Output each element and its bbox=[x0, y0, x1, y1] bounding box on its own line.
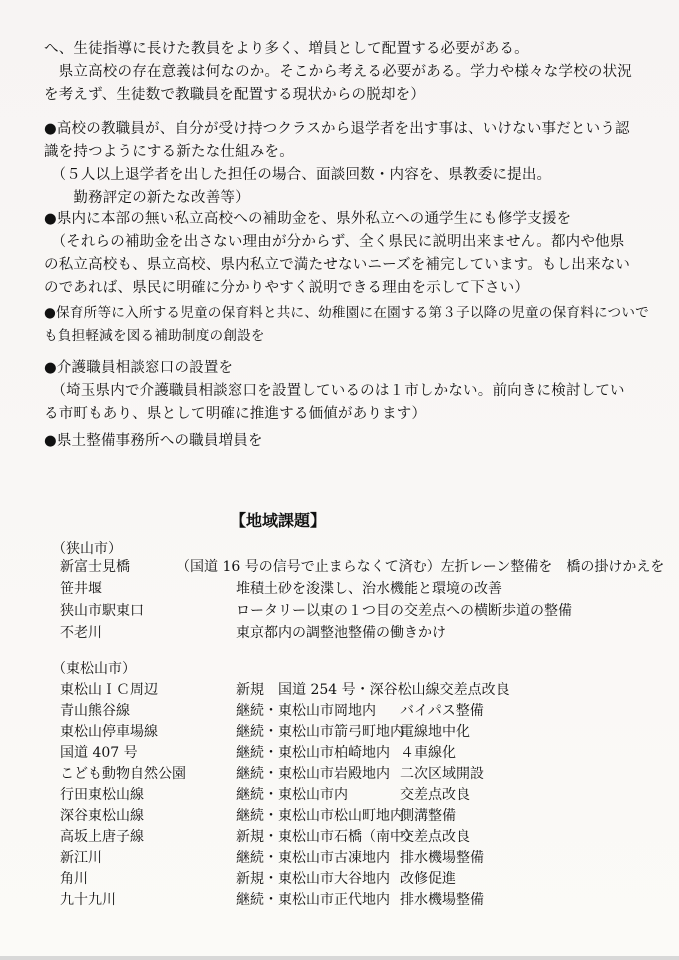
section-title: 【地域課題】 bbox=[230, 508, 326, 531]
project-status: 新規・東松山市石橋（南中） bbox=[236, 826, 418, 848]
project-name: 笹井堰 bbox=[60, 578, 102, 600]
paragraph-staff-increase: ●県土整備事務所への職員増員を bbox=[44, 430, 644, 453]
project-work: 側溝整備 bbox=[400, 805, 456, 827]
text-line: 勤務評定の新たな改善等） bbox=[44, 187, 644, 210]
project-name: 狭山市駅東口 bbox=[60, 600, 144, 622]
project-status: 継続・東松山市岡地内 bbox=[236, 700, 376, 722]
paragraph-teacher-placement: へ、生徒指導に長けた教員をより多く、増員として配置する必要がある。 県立高校の存… bbox=[44, 38, 644, 107]
project-status: 継続・東松山市内 bbox=[236, 784, 348, 806]
project-work: 改修促進 bbox=[400, 868, 456, 890]
text-line: 識を持つようにする新たな仕組みを。 bbox=[44, 141, 644, 164]
project-status: 継続・東松山市箭弓町地内 bbox=[236, 721, 404, 743]
project-name: 新江川 bbox=[60, 847, 102, 869]
text-line: る市町もあり、県として明確に推進する価値があります） bbox=[44, 403, 644, 426]
project-work: 交差点改良 bbox=[400, 784, 470, 806]
project-name: 角川 bbox=[60, 868, 88, 890]
project-status: 継続・東松山市松山町地内 bbox=[236, 805, 404, 827]
text-line: へ、生徒指導に長けた教員をより多く、増員として配置する必要がある。 bbox=[44, 38, 644, 61]
project-work: 交差点改良 bbox=[400, 826, 470, 848]
project-name: 不老川 bbox=[60, 622, 102, 644]
bullet-line: ●県土整備事務所への職員増員を bbox=[44, 430, 644, 453]
project-work: 電線地中化 bbox=[400, 721, 470, 743]
project-status: 継続・東松山市柏崎地内 bbox=[236, 742, 390, 764]
project-status: 新規・東松山市大谷地内 bbox=[236, 868, 390, 890]
project-name: こども動物自然公園 bbox=[60, 763, 186, 785]
project-work: 排水機場整備 bbox=[400, 889, 484, 911]
paragraph-dropout-awareness: ●高校の教職員が、自分が受け持つクラスから退学者を出す事は、いけない事だという認… bbox=[44, 118, 644, 210]
project-name: 行田東松山線 bbox=[60, 784, 144, 806]
project-work: 二次区域開設 bbox=[400, 763, 484, 785]
page-bottom-edge bbox=[0, 956, 679, 960]
project-name: 新富士見橋 bbox=[60, 556, 130, 578]
bullet-line: ●県内に本部の無い私立高校への補助金を、県外私立への通学生にも修学支援を bbox=[44, 208, 644, 231]
project-name: 東松山停車場線 bbox=[60, 721, 158, 743]
city-label-higashimatsuyama: （東松山市） bbox=[52, 658, 136, 678]
project-status: 新規 国道 254 号・深谷松山線交差点改良 bbox=[236, 679, 510, 701]
paragraph-private-school-subsidy: ●県内に本部の無い私立高校への補助金を、県外私立への通学生にも修学支援を （それ… bbox=[44, 208, 644, 300]
paragraph-care-worker-desk: ●介護職員相談窓口の設置を （埼玉県内で介護職員相談窓口を設置しているのは１市し… bbox=[44, 357, 644, 426]
city-label-sayama: （狭山市） bbox=[52, 538, 122, 558]
text-line: （埼玉県内で介護職員相談窓口を設置しているのは１市しかない。前向きに検討してい bbox=[44, 380, 644, 403]
project-name: 国道 407 号 bbox=[60, 742, 138, 764]
bullet-line: ●高校の教職員が、自分が受け持つクラスから退学者を出す事は、いけない事だという認 bbox=[44, 118, 644, 141]
project-name: 九十九川 bbox=[60, 889, 116, 911]
project-work: 排水機場整備 bbox=[400, 847, 484, 869]
project-name: 高坂上唐子線 bbox=[60, 826, 144, 848]
text-line: （５人以上退学者を出した担任の場合、面談回数・内容を、県教委に提出。 bbox=[44, 164, 644, 187]
project-desc: （国道 16 号の信号で止まらなくて済む）左折レーン整備を 橋の掛けかえを bbox=[176, 556, 664, 578]
project-desc: 東京都内の調整池整備の働きかけ bbox=[236, 622, 446, 644]
document-page: へ、生徒指導に長けた教員をより多く、増員として配置する必要がある。 県立高校の存… bbox=[0, 0, 679, 960]
text-line: （それらの補助金を出さない理由が分からず、全く県民に説明出来ません。都内や他県 bbox=[44, 231, 644, 254]
project-work: バイパス整備 bbox=[400, 700, 484, 722]
paragraph-childcare-fee: ●保育所等に入所する児童の保育料と共に、幼稚園に在園する第３子以降の児童の保育料… bbox=[44, 302, 644, 348]
bullet-line: ●介護職員相談窓口の設置を bbox=[44, 357, 644, 380]
project-work: ４車線化 bbox=[400, 742, 456, 764]
project-desc: ロータリー以東の１つ目の交差点への横断歩道の整備 bbox=[236, 600, 572, 622]
project-desc: 堆積土砂を浚渫し、治水機能と環境の改善 bbox=[236, 578, 502, 600]
project-name: 東松山ＩＣ周辺 bbox=[60, 679, 158, 701]
project-status: 継続・東松山市岩殿地内 bbox=[236, 763, 390, 785]
project-name: 深谷東松山線 bbox=[60, 805, 144, 827]
project-name: 青山熊谷線 bbox=[60, 700, 130, 722]
text-line: を考えず、生徒数で教職員を配置する現状からの脱却を） bbox=[44, 84, 644, 107]
bullet-line: ●保育所等に入所する児童の保育料と共に、幼稚園に在園する第３子以降の児童の保育料… bbox=[44, 302, 644, 325]
text-line: の私立高校も、県立高校、県内私立で満たせないニーズを補完しています。もし出来ない bbox=[44, 254, 644, 277]
project-status: 継続・東松山市古凍地内 bbox=[236, 847, 390, 869]
text-line: のであれば、県民に明確に分かりやすく説明できる理由を示して下さい） bbox=[44, 277, 644, 300]
project-status: 継続・東松山市正代地内 bbox=[236, 889, 390, 911]
text-line: も負担軽減を図る補助制度の創設を bbox=[44, 325, 644, 348]
text-line: 県立高校の存在意義は何なのか。そこから考える必要がある。学力や様々な学校の状況 bbox=[44, 61, 644, 84]
